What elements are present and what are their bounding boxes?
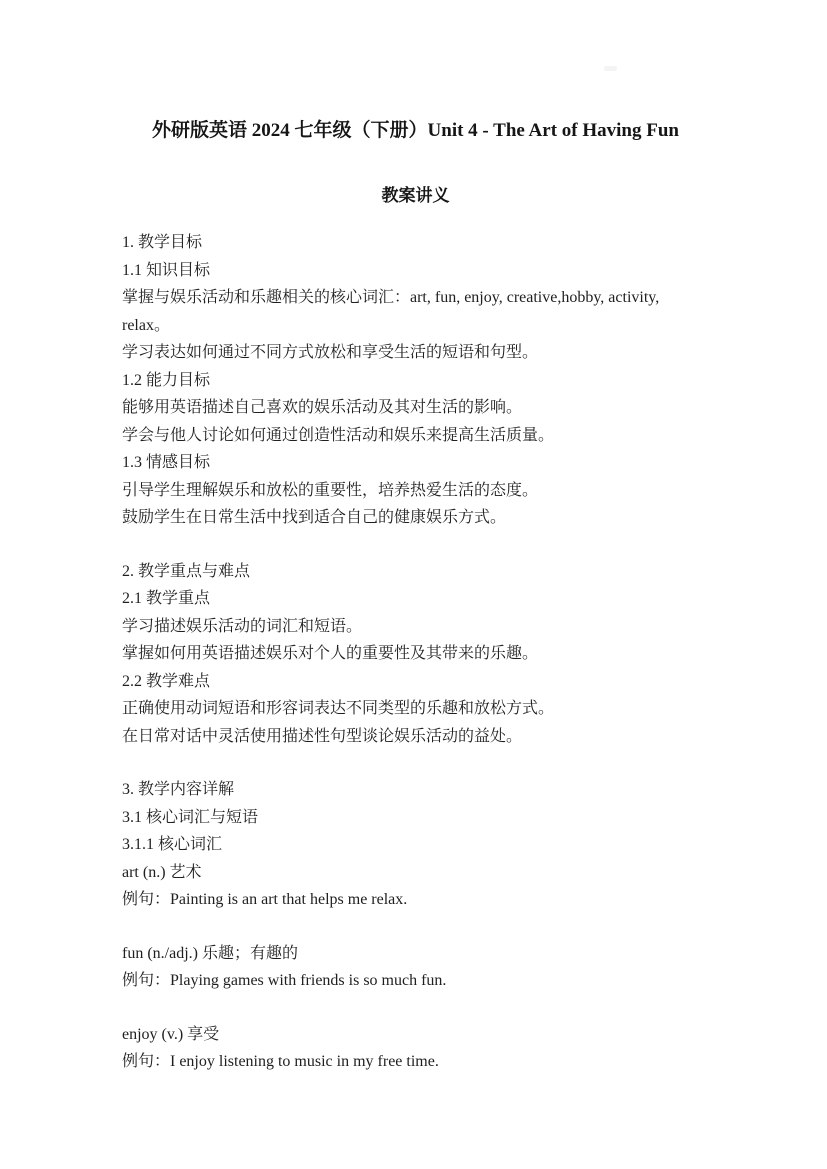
doc-line: 学习描述娱乐活动的词汇和短语。 bbox=[122, 613, 709, 641]
document-page: 外研版英语 2024 七年级（下册）Unit 4 - The Art of Ha… bbox=[0, 0, 827, 1169]
doc-line: 能够用英语描述自己喜欢的娱乐活动及其对生活的影响。 bbox=[122, 394, 709, 422]
doc-line: 正确使用动词短语和形容词表达不同类型的乐趣和放松方式。 bbox=[122, 695, 709, 723]
section-1-2-heading: 1.2 能力目标 bbox=[122, 367, 709, 395]
faint-smudge-artifact bbox=[604, 66, 617, 71]
section-1-heading: 1. 教学目标 bbox=[122, 229, 709, 257]
doc-line: 掌握与娱乐活动和乐趣相关的核心词汇：art, fun, enjoy, creat… bbox=[122, 284, 709, 312]
section-3-1-1-heading: 3.1.1 核心词汇 bbox=[122, 831, 709, 859]
doc-line: 学习表达如何通过不同方式放松和享受生活的短语和句型。 bbox=[122, 339, 709, 367]
section-content-detail: 3. 教学内容详解 3.1 核心词汇与短语 3.1.1 核心词汇 art (n.… bbox=[122, 776, 709, 914]
document-body: 1. 教学目标 1.1 知识目标 掌握与娱乐活动和乐趣相关的核心词汇：art, … bbox=[122, 229, 709, 1076]
doc-line: 鼓励学生在日常生活中找到适合自己的健康娱乐方式。 bbox=[122, 504, 709, 532]
section-key-difficult-points: 2. 教学重点与难点 2.1 教学重点 学习描述娱乐活动的词汇和短语。 掌握如何… bbox=[122, 558, 709, 751]
document-subtitle: 教案讲义 bbox=[122, 184, 709, 208]
example-sentence: 例句：Painting is an art that helps me rela… bbox=[122, 886, 709, 914]
section-3-heading: 3. 教学内容详解 bbox=[122, 776, 709, 804]
doc-line: relax。 bbox=[122, 312, 709, 340]
section-2-heading: 2. 教学重点与难点 bbox=[122, 558, 709, 586]
doc-line: 在日常对话中灵活使用描述性句型谈论娱乐活动的益处。 bbox=[122, 723, 709, 751]
document-content: 外研版英语 2024 七年级（下册）Unit 4 - The Art of Ha… bbox=[0, 118, 827, 1076]
doc-line: 学会与他人讨论如何通过创造性活动和娱乐来提高生活质量。 bbox=[122, 422, 709, 450]
vocab-entry-enjoy: enjoy (v.) 享受 bbox=[122, 1021, 709, 1049]
vocab-block-fun: fun (n./adj.) 乐趣；有趣的 例句：Playing games wi… bbox=[122, 940, 709, 995]
doc-line: 掌握如何用英语描述娱乐对个人的重要性及其带来的乐趣。 bbox=[122, 640, 709, 668]
section-3-1-heading: 3.1 核心词汇与短语 bbox=[122, 804, 709, 832]
vocab-entry-art: art (n.) 艺术 bbox=[122, 859, 709, 887]
example-sentence: 例句：Playing games with friends is so much… bbox=[122, 967, 709, 995]
vocab-entry-fun: fun (n./adj.) 乐趣；有趣的 bbox=[122, 940, 709, 968]
vocab-block-enjoy: enjoy (v.) 享受 例句：I enjoy listening to mu… bbox=[122, 1021, 709, 1076]
doc-line: 引导学生理解娱乐和放松的重要性，培养热爱生活的态度。 bbox=[122, 477, 709, 505]
section-1-1-heading: 1.1 知识目标 bbox=[122, 257, 709, 285]
section-teaching-objectives: 1. 教学目标 1.1 知识目标 掌握与娱乐活动和乐趣相关的核心词汇：art, … bbox=[122, 229, 709, 532]
section-2-1-heading: 2.1 教学重点 bbox=[122, 585, 709, 613]
section-2-2-heading: 2.2 教学难点 bbox=[122, 668, 709, 696]
document-title: 外研版英语 2024 七年级（下册）Unit 4 - The Art of Ha… bbox=[122, 118, 709, 144]
example-sentence: 例句：I enjoy listening to music in my free… bbox=[122, 1048, 709, 1076]
section-1-3-heading: 1.3 情感目标 bbox=[122, 449, 709, 477]
